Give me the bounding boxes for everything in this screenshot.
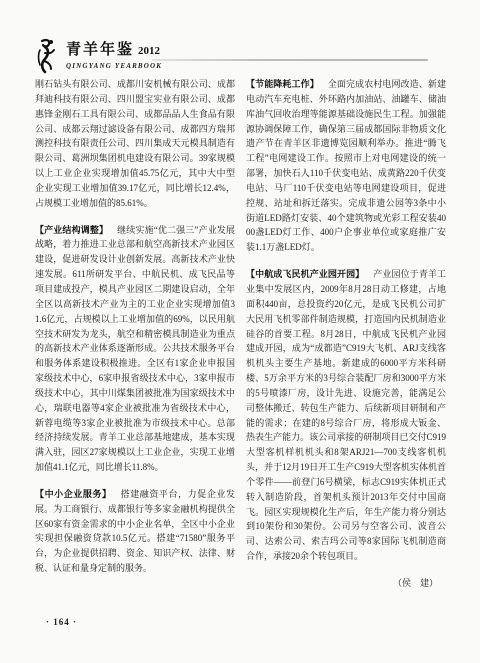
section-header: 【节能降耗工作】 xyxy=(246,79,319,89)
right-column: 【节能降耗工作】全面完成农村电网改造、新建电动汽车充电桩、外环路内加油站、油罐车… xyxy=(246,77,446,611)
yearbook-page: 青羊年鉴 2012 QINGYANG YEARBOOK 刚石钻头有限公司、成都川… xyxy=(0,0,480,663)
paragraph-sme-service: 【中小企业服务】搭建融资平台，力促企业发展。为工商银行、成都银行等多家金融机构提… xyxy=(35,487,235,576)
left-column: 刚石钻头有限公司、成都川安机械有限公司、成都拜迪科技有限公司、四川盟宝实业有限公… xyxy=(35,77,235,611)
paragraph-aviation-park: 【中航成飞民机产业园开园】产业园位于青羊工业集中发展区内，2009年8月28日动… xyxy=(246,267,446,564)
author-signature: （侯 建） xyxy=(246,576,446,591)
section-header: 【产业结构调整】 xyxy=(35,225,108,235)
body-text: 刚石钻头有限公司、成都川安机械有限公司、成都拜迪科技有限公司、四川盟宝实业有限公… xyxy=(35,79,235,208)
yearbook-title: 青羊年鉴 xyxy=(66,38,134,59)
paragraph-continuation: 刚石钻头有限公司、成都川安机械有限公司、成都拜迪科技有限公司、四川盟宝实业有限公… xyxy=(35,77,235,211)
paragraph-industry-structure: 【产业结构调整】继续实施“优二强三”产业发展战略，着力推进工业总部和航空高新技术… xyxy=(35,223,235,475)
body-text: 继续实施“优二强三”产业发展战略，着力推进工业总部和航空高新技术产业园区建设，促… xyxy=(35,225,235,473)
yearbook-year: 2012 xyxy=(138,45,160,57)
body-text: 全面完成农村电网改造、新建电动汽车充电桩、外环路内加油站、油罐车、储油库油气回收… xyxy=(246,79,446,252)
paragraph-energy-saving: 【节能降耗工作】全面完成农村电网改造、新建电动汽车充电桩、外环路内加油站、油罐车… xyxy=(246,77,446,255)
section-header: 【中航成飞民机产业园开园】 xyxy=(246,269,364,279)
header-rule xyxy=(152,59,428,61)
section-header: 【中小企业服务】 xyxy=(35,489,112,499)
body-text: 产业园位于青羊工业集中发展区内，2009年8月28日动工修建，占地面积440亩，… xyxy=(246,269,446,561)
page-number: · 164 · xyxy=(46,617,77,627)
yearbook-subtitle: QINGYANG YEARBOOK xyxy=(66,62,162,70)
body-text: 搭建融资平台，力促企业发展。为工商银行、成都银行等多家金融机构提供全区60家有资… xyxy=(35,489,235,573)
calligraphy-goat-logo-icon xyxy=(36,38,62,74)
logo-text-block: 青羊年鉴 2012 QINGYANG YEARBOOK xyxy=(66,38,162,70)
masthead: 青羊年鉴 2012 QINGYANG YEARBOOK xyxy=(36,38,162,76)
